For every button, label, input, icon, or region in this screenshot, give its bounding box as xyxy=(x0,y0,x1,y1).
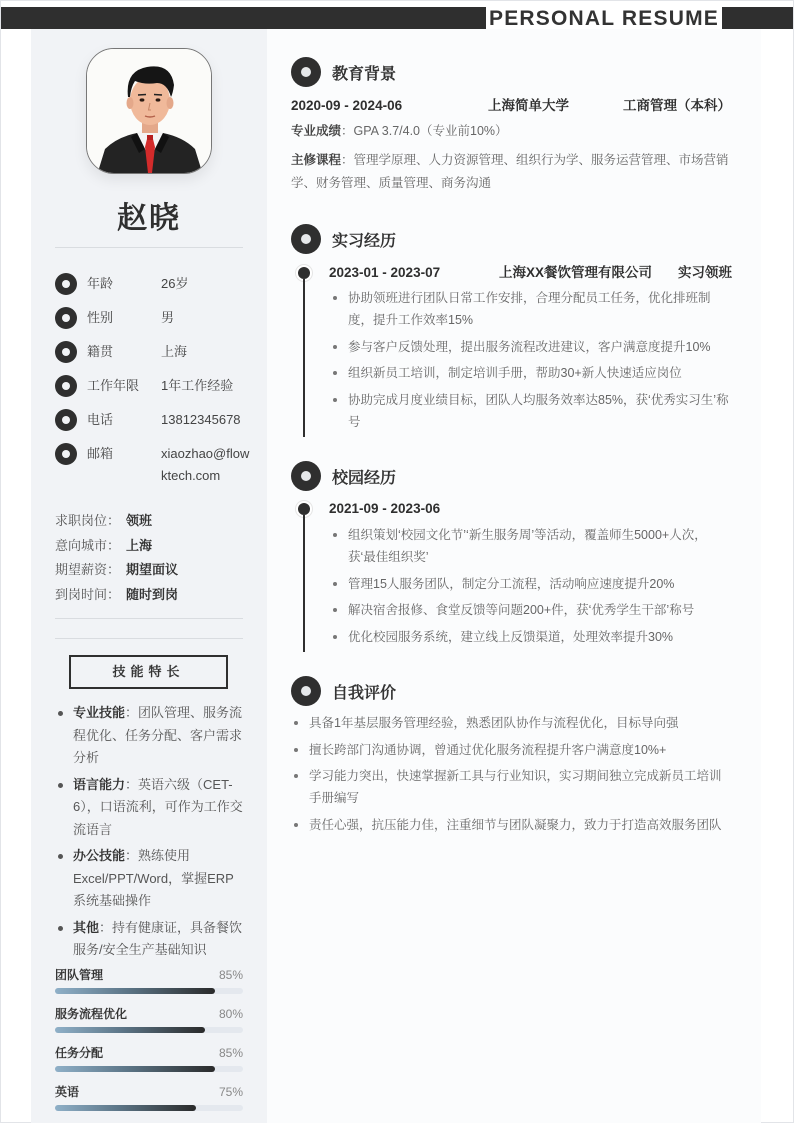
sidebar: 赵晓 年龄 26岁 性别 男 籍贯 上海 工作年限 1年工作经验 电话 1381… xyxy=(31,29,267,1123)
skill-item: 办公技能：熟练使用Excel/PPT/Word，掌握ERP系统基础操作 xyxy=(55,845,245,913)
timeline-dot xyxy=(298,267,310,279)
skill-bars: 团队管理85% 服务流程优化80% 任务分配85% 英语75% xyxy=(55,966,243,1122)
self-evaluation-list: 具备1年基层服务管理经验，熟悉团队协作与流程优化，目标导向强 擅长跨部门沟通协调… xyxy=(291,712,731,840)
header-bar-right xyxy=(722,7,793,29)
info-value: 13812345678 xyxy=(161,409,255,431)
intent-value: 领班 xyxy=(126,511,152,536)
skill-item: 语言能力：英语六级（CET-6），口语流利，可作为工作交流语言 xyxy=(55,774,245,842)
progress-fill xyxy=(55,1027,205,1033)
grade-text: ：GPA 3.7/4.0（专业前10%） xyxy=(341,124,508,138)
info-label: 工作年限 xyxy=(87,375,161,397)
evaluation-item: 学习能力突出，快速掌握新工具与行业知识，实习期间独立完成新员工培训手册编写 xyxy=(291,765,731,809)
education-courses: 主修课程：管理学原理、人力资源管理、组织行为学、服务运营管理、市场营销学、财务管… xyxy=(291,149,736,194)
progress-track xyxy=(55,1066,243,1072)
avatar xyxy=(86,48,212,174)
timeline-line xyxy=(303,515,305,652)
info-row-email: 邮箱 xiaozhao@flowktech.com xyxy=(55,443,255,499)
section-title: 教育背景 xyxy=(332,61,396,84)
skill-bar-percent: 85% xyxy=(219,1044,243,1062)
duty-item: 协助完成月度业绩目标，团队人均服务效率达85%，获‘优秀实习生’称号 xyxy=(330,389,730,433)
activity-item: 管理15人服务团队，制定分工流程，活动响应速度提升20% xyxy=(330,573,730,595)
info-label: 邮箱 xyxy=(87,443,161,465)
skills-section-title: 技能特长 xyxy=(69,655,228,689)
skill-bar-label: 服务流程优化 xyxy=(55,1005,127,1023)
sidebar-divider xyxy=(55,247,243,248)
skill-bar-percent: 80% xyxy=(219,1005,243,1023)
evaluation-item: 擅长跨部门沟通协调，曾通过优化服务流程提升客户满意度10%+ xyxy=(291,739,731,761)
sidebar-divider xyxy=(55,618,243,619)
section-self-eval-header: 自我评价 xyxy=(291,676,396,706)
education-period: 2020-09 - 2024-06 xyxy=(291,96,402,116)
intent-label: 意向城市： xyxy=(55,536,126,561)
skill-key: 其他 xyxy=(73,920,99,935)
evaluation-item: 具备1年基层服务管理经验，熟悉团队协作与流程优化，目标导向强 xyxy=(291,712,731,734)
skill-item: 专业技能：团队管理、服务流程优化、任务分配、客户需求分析 xyxy=(55,702,245,770)
intent-label: 求职岗位： xyxy=(55,511,126,536)
grade-key: 专业成绩 xyxy=(291,124,341,138)
gender-icon xyxy=(55,307,77,329)
intent-row-position: 求职岗位： 领班 xyxy=(55,511,255,536)
skill-item: 其他：持有健康证，具备餐饮服务/安全生产基础知识 xyxy=(55,917,245,962)
skills-list: 专业技能：团队管理、服务流程优化、任务分配、客户需求分析 语言能力：英语六级（C… xyxy=(55,702,245,966)
section-internship-header: 实习经历 xyxy=(291,224,396,254)
education-grade: 专业成绩：GPA 3.7/4.0（专业前10%） xyxy=(291,120,736,143)
progress-fill xyxy=(55,1105,196,1111)
user-icon xyxy=(291,676,321,706)
internship-role: 实习领班 xyxy=(678,263,732,283)
sidebar-divider xyxy=(55,638,243,639)
activity-item: 优化校园服务系统，建立线上反馈渠道，处理效率提升30% xyxy=(330,626,730,648)
info-label: 性别 xyxy=(87,307,161,329)
info-value: 1年工作经验 xyxy=(161,375,255,397)
graduation-icon xyxy=(291,57,321,87)
briefcase-icon xyxy=(55,375,77,397)
internship-company: 上海XX餐饮管理有限公司 xyxy=(499,263,652,283)
info-label: 年龄 xyxy=(87,273,161,295)
activity-item: 解决宿舍报修、食堂反馈等问题200+件，获‘优秀学生干部’称号 xyxy=(330,599,730,621)
campus-row: 2021-09 - 2023-06 xyxy=(329,499,739,519)
info-row-hometown: 籍贯 上海 xyxy=(55,341,255,375)
progress-track xyxy=(55,988,243,994)
info-row-age: 年龄 26岁 xyxy=(55,273,255,307)
skill-bar-label: 任务分配 xyxy=(55,1044,103,1062)
courses-key: 主修课程 xyxy=(291,153,341,167)
location-icon xyxy=(55,341,77,363)
skill-key: 专业技能 xyxy=(73,705,125,720)
skill-bar-team-management: 团队管理85% xyxy=(55,966,243,1005)
skill-key: 办公技能 xyxy=(73,848,125,863)
courses-text: ：管理学原理、人力资源管理、组织行为学、服务运营管理、市场营销学、财务管理、质量… xyxy=(291,153,729,190)
progress-track xyxy=(55,1105,243,1111)
education-school: 上海简单大学 xyxy=(488,96,569,116)
campus-icon xyxy=(291,461,321,491)
skill-key: 语言能力 xyxy=(73,777,125,792)
campus-activities: 组织策划‘校园文化节’‘新生服务周’等活动，覆盖师生5000+人次，获‘最佳组织… xyxy=(330,524,730,652)
intent-value: 期望面议 xyxy=(126,560,178,585)
info-label: 电话 xyxy=(87,409,161,431)
duty-item: 参与客户反馈处理，提出服务流程改进建议，客户满意度提升10% xyxy=(330,336,730,358)
email-icon xyxy=(55,443,77,465)
activity-item: 组织策划‘校园文化节’‘新生服务周’等活动，覆盖师生5000+人次，获‘最佳组织… xyxy=(330,524,730,568)
personal-info-list: 年龄 26岁 性别 男 籍贯 上海 工作年限 1年工作经验 电话 1381234… xyxy=(55,273,255,499)
skill-bar-label: 团队管理 xyxy=(55,966,103,984)
skill-bar-english: 英语75% xyxy=(55,1083,243,1122)
skill-text: ：持有健康证，具备餐饮服务/安全生产基础知识 xyxy=(73,920,242,958)
skill-bar-label: 英语 xyxy=(55,1083,79,1101)
duty-item: 组织新员工培训，制定培训手册，帮助30+新人快速适应岗位 xyxy=(330,362,730,384)
page-title: PERSONAL RESUME xyxy=(486,4,722,32)
intent-value: 上海 xyxy=(126,536,152,561)
candidate-name: 赵晓 xyxy=(31,193,267,237)
section-campus-header: 校园经历 xyxy=(291,461,396,491)
email-link[interactable]: xiaozhao@flowktech.com xyxy=(161,443,255,487)
briefcase-icon xyxy=(291,224,321,254)
intent-row-availability: 到岗时间： 随时到岗 xyxy=(55,585,255,610)
info-row-experience: 工作年限 1年工作经验 xyxy=(55,375,255,409)
section-title: 实习经历 xyxy=(332,228,396,251)
progress-track xyxy=(55,1027,243,1033)
evaluation-item: 责任心强，抗压能力佳，注重细节与团队凝聚力，致力于打造高效服务团队 xyxy=(291,814,731,836)
internship-duties: 协助领班进行团队日常工作安排，合理分配员工任务，优化排班制度，提升工作效率15%… xyxy=(330,287,730,437)
education-row: 2020-09 - 2024-06 上海简单大学 工商管理（本科） xyxy=(291,96,731,116)
timeline-line xyxy=(303,279,305,437)
duty-item: 协助领班进行团队日常工作安排，合理分配员工任务，优化排班制度，提升工作效率15% xyxy=(330,287,730,331)
intent-row-city: 意向城市： 上海 xyxy=(55,536,255,561)
info-value: 26岁 xyxy=(161,273,255,295)
internship-row: 2023-01 - 2023-07 上海XX餐饮管理有限公司 实习领班 xyxy=(329,263,739,283)
info-value: 上海 xyxy=(161,341,255,363)
intent-value: 随时到岗 xyxy=(126,585,178,610)
intent-row-salary: 期望薪资： 期望面议 xyxy=(55,560,255,585)
section-title: 自我评价 xyxy=(332,680,396,703)
education-major: 工商管理（本科） xyxy=(623,96,731,116)
skill-bar-process-optimization: 服务流程优化80% xyxy=(55,1005,243,1044)
header-bar-left xyxy=(1,7,486,29)
age-icon xyxy=(55,273,77,295)
intent-label: 期望薪资： xyxy=(55,560,126,585)
section-title: 校园经历 xyxy=(332,465,396,488)
info-row-phone: 电话 13812345678 xyxy=(55,409,255,443)
info-label: 籍贯 xyxy=(87,341,161,363)
section-education-header: 教育背景 xyxy=(291,57,396,87)
skill-bar-percent: 75% xyxy=(219,1083,243,1101)
skill-bar-task-allocation: 任务分配85% xyxy=(55,1044,243,1083)
skill-bar-percent: 85% xyxy=(219,966,243,984)
info-value: 男 xyxy=(161,307,255,329)
campus-period: 2021-09 - 2023-06 xyxy=(329,499,440,519)
phone-icon xyxy=(55,409,77,431)
intent-label: 到岗时间： xyxy=(55,585,126,610)
info-row-gender: 性别 男 xyxy=(55,307,255,341)
progress-fill xyxy=(55,988,215,994)
timeline-dot xyxy=(298,503,310,515)
progress-fill xyxy=(55,1066,215,1072)
avatar-illustration-icon xyxy=(87,49,212,174)
internship-period: 2023-01 - 2023-07 xyxy=(329,263,440,283)
job-intent-list: 求职岗位： 领班 意向城市： 上海 期望薪资： 期望面议 到岗时间： 随时到岗 xyxy=(55,511,255,609)
